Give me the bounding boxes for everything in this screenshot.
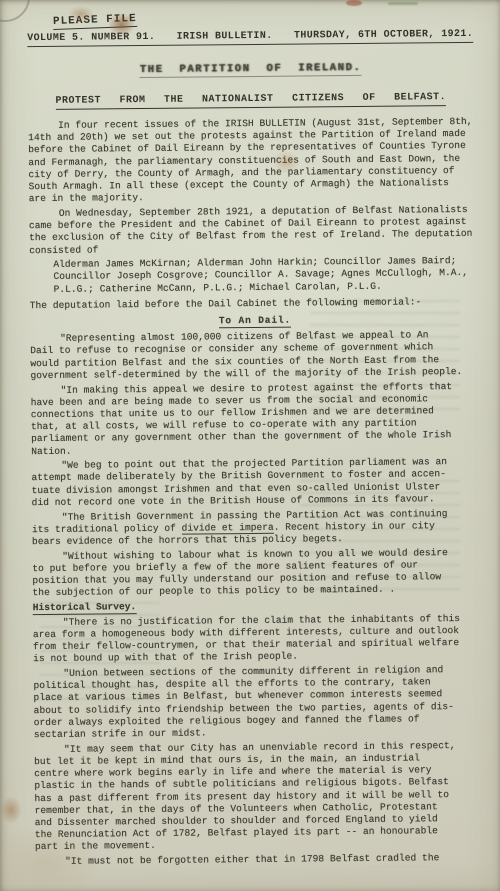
paragraph-memorial-lead: The deputation laid before the Dail Cabi… xyxy=(30,296,480,313)
paragraph-union-sections: "Union between sections of the community… xyxy=(33,664,484,742)
stamp-row: PLEASE FILE xyxy=(27,6,473,29)
paragraph-no-justification: "There is no justification for the claim… xyxy=(33,613,483,666)
paragraph-salient-features: "Without wishing to labour what is known… xyxy=(32,546,482,599)
paragraph-belfast-1798: "It must not be forgotten either that in… xyxy=(35,852,485,869)
masthead-publication-title: IRISH BULLETIN. xyxy=(177,31,273,43)
green-bleed-dash xyxy=(388,2,418,5)
red-ink-speck xyxy=(346,0,362,6)
paragraph-divide-et-impera: "The British Government in passing the P… xyxy=(32,507,482,548)
heading-historical-survey-row: Historical Survey. xyxy=(33,598,483,615)
paragraph-deputation: On Wednesday, September 28th 1921, a dep… xyxy=(29,204,479,257)
heading-to-an-dail: To An Dail. xyxy=(219,315,291,329)
headline-row: THE PARTITION OF IRELAND. xyxy=(27,56,473,78)
masthead-volume-number: VOLUME 5. NUMBER 91. xyxy=(27,32,155,44)
heading-to-an-dail-row: To An Dail. xyxy=(30,313,480,330)
stamp-please-file: PLEASE FILE xyxy=(53,13,137,30)
headline: THE PARTITION OF IRELAND. xyxy=(140,62,362,78)
page: PLEASE FILE VOLUME 5. NUMBER 91. IRISH B… xyxy=(0,0,500,891)
masthead-date: THURSDAY, 6TH OCTOBER, 1921. xyxy=(294,29,473,42)
paragraph-recent-issues: In four recent issues of the IRISH BULLE… xyxy=(28,116,479,206)
memorial-body: In four recent issues of the IRISH BULLE… xyxy=(28,116,485,869)
paragraph-appeal-protest: "In making this appeal we desire to prot… xyxy=(31,380,482,458)
paragraph-partition-parliament: "We beg to point out that the projected … xyxy=(31,456,481,509)
paragraph-city-record: "It may seem that our City has an unenvi… xyxy=(34,740,485,854)
subheadline: PROTEST FROM THE NATIONALIST CITIZENS OF… xyxy=(55,92,446,109)
deputation-names: Alderman James McKirnan; Alderman John H… xyxy=(53,255,487,296)
heading-historical-survey: Historical Survey. xyxy=(33,601,137,615)
subheadline-row: PROTEST FROM THE NATIONALIST CITIZENS OF… xyxy=(28,86,474,108)
masthead: VOLUME 5. NUMBER 91. IRISH BULLETIN. THU… xyxy=(27,29,473,47)
paragraph-representing-citizens: "Representing almost 100,000 citizens of… xyxy=(30,329,480,382)
document-content: PLEASE FILE VOLUME 5. NUMBER 91. IRISH B… xyxy=(0,0,500,891)
